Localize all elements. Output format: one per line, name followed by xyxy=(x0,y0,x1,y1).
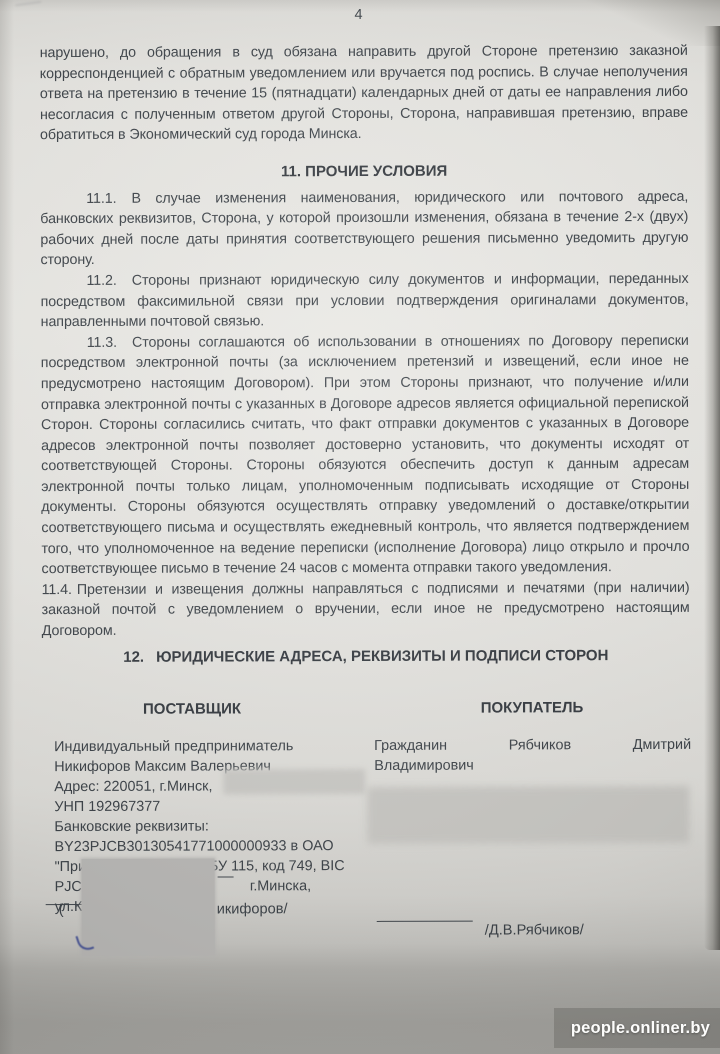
supplier-column-title: ПОСТАВЩИК xyxy=(42,700,342,718)
contract-body: нарушено, до обращения в суд обязана нап… xyxy=(40,41,690,642)
redaction-supplier-signature xyxy=(82,859,215,956)
clause-11-3: 11.3.Стороны соглашаются об использовани… xyxy=(41,331,690,580)
redaction-supplier-address xyxy=(223,769,365,794)
intro-paragraph: нарушено, до обращения в суд обязана нап… xyxy=(40,41,688,146)
supplier-street-dash xyxy=(218,876,234,877)
clause-11-1: 11.1.В случае изменения наименования, юр… xyxy=(40,186,688,271)
redaction-buyer-address xyxy=(367,786,689,844)
sheet-content: 4 нарушено, до обращения в суд обязана н… xyxy=(0,0,720,1054)
supplier-bic-suffix: г.Минска, xyxy=(250,878,311,894)
supplier-unp: УНП 192967377 xyxy=(54,796,366,817)
clause-11-4-text: Претензии и извещения должны направлятьс… xyxy=(42,580,690,639)
watermark-strip: people.onliner.by xyxy=(554,1008,720,1048)
clause-11-4-number: 11.4. xyxy=(42,582,72,598)
buyer-signature-line xyxy=(377,921,473,922)
supplier-signature-line xyxy=(46,904,84,905)
clause-11-2-text: Стороны признают юридическую силу докуме… xyxy=(41,271,689,330)
buyer-signature-name: /Д.В.Рябчиков/ xyxy=(485,922,584,938)
clause-11-4: 11.4.Претензии и извещения должны направ… xyxy=(42,578,690,642)
clause-11-3-number: 11.3. xyxy=(87,335,117,351)
section-12-heading-text: ЮРИДИЧЕСКИЕ АДРЕСА, РЕКВИЗИТЫ И ПОДПИСИ … xyxy=(156,647,608,666)
clause-11-1-text: В случае изменения наименования, юридиче… xyxy=(40,188,688,268)
section-12-heading: 12.ЮРИДИЧЕСКИЕ АДРЕСА, РЕКВИЗИТЫ И ПОДПИ… xyxy=(42,647,690,666)
supplier-bic-prefix: PJC xyxy=(55,879,82,895)
corner-shade xyxy=(570,0,720,46)
contract-page-photo: 4 нарушено, до обращения в суд обязана н… xyxy=(0,0,720,1054)
section-12: 12.ЮРИДИЧЕСКИЕ АДРЕСА, РЕКВИЗИТЫ И ПОДПИ… xyxy=(42,647,690,666)
buyer-name-row: Гражданин Рябчиков Дмитрий xyxy=(374,735,691,756)
buyer-column-title: ПОКУПАТЕЛЬ xyxy=(374,699,690,717)
buyer-details: Гражданин Рябчиков Дмитрий Владимирович xyxy=(374,735,691,776)
clause-11-3-text: Стороны соглашаются об использовании в о… xyxy=(41,333,690,578)
clause-11-2-number: 11.2. xyxy=(86,273,116,289)
supplier-bank-label: Банковские реквизиты: xyxy=(54,816,366,837)
section-11-heading: 11. ПРОЧИЕ УСЛОВИЯ xyxy=(40,161,688,184)
clause-11-1-number: 11.1. xyxy=(86,190,116,206)
buyer-name-word-2: Рябчиков xyxy=(509,735,571,755)
buyer-name-word-3: Дмитрий xyxy=(633,735,691,755)
buyer-name-line2: Владимирович xyxy=(374,755,691,776)
watermark-text: people.onliner.by xyxy=(571,1019,710,1038)
supplier-entity-type: Индивидуальный предприниматель xyxy=(54,736,366,757)
section-12-heading-number: 12. xyxy=(123,649,144,666)
supplier-iban-line: BY23PJCB30130541771000000933 в ОАО xyxy=(54,836,366,857)
buyer-name-word-1: Гражданин xyxy=(374,736,447,756)
paper-edge-shadow xyxy=(704,26,720,950)
clause-11-2: 11.2.Стороны признают юридическую силу д… xyxy=(40,269,688,333)
supplier-signature-name-fragment: икифоров/ xyxy=(217,901,288,917)
supplier-signature-open-paren: ( xyxy=(59,902,64,918)
